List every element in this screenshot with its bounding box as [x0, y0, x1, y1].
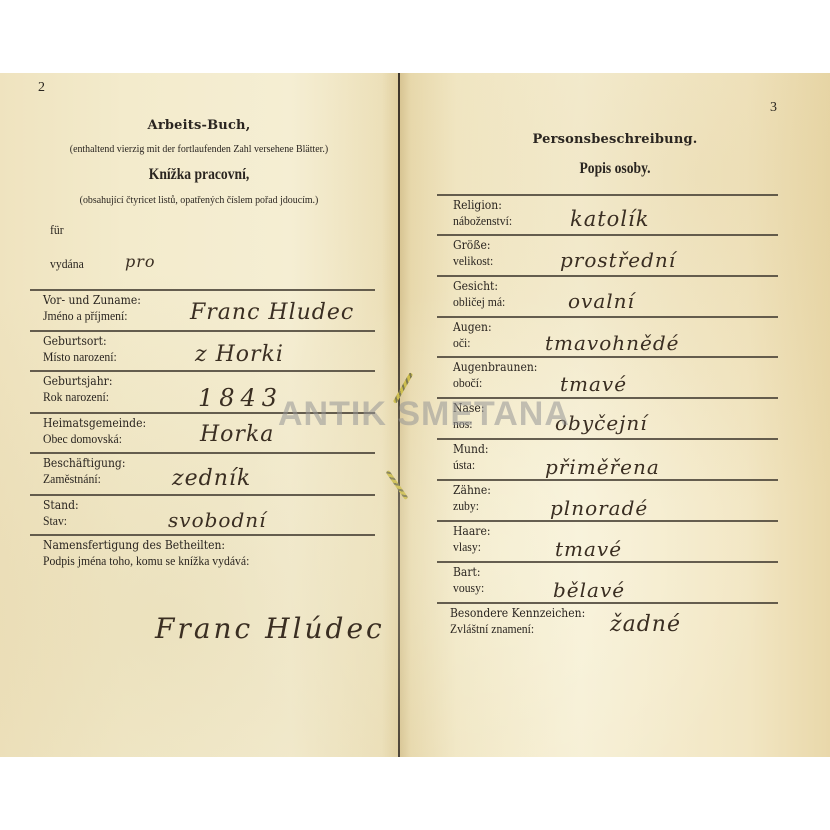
field-label: Stand:Stav: [43, 497, 79, 529]
field-label: Geburtsort:Místo narození: [43, 333, 117, 365]
rule [437, 602, 778, 604]
binding-thread-bottom [386, 470, 409, 500]
page-number-right: 3 [770, 100, 777, 116]
page-number-left: 2 [38, 80, 45, 96]
rule [437, 520, 778, 522]
rule [30, 330, 375, 332]
rule [30, 289, 375, 291]
rule [437, 194, 778, 196]
field-label: Größe:velikost: [453, 237, 493, 269]
rule [437, 561, 778, 563]
field-value-hair: tmavé [555, 537, 622, 561]
field-label: Zähne:zuby: [453, 482, 491, 514]
field-label: Geburtsjahr:Rok narození: [43, 373, 112, 405]
field-label: Heimatsgemeinde:Obec domovská: [43, 415, 146, 447]
rule [30, 494, 375, 496]
rule [437, 275, 778, 277]
field-value-occupation: zedník [172, 466, 251, 491]
field-value-height: prostřední [560, 248, 676, 272]
title-czech: Knížka pracovní, [30, 166, 368, 184]
field-value-distinguishing-marks: žadné [610, 612, 681, 637]
rule [437, 234, 778, 236]
field-value-birthplace: z Horki [195, 342, 284, 367]
signature: Franc Hlúdec [155, 612, 385, 645]
field-value-birth-year: 1843 [198, 384, 283, 412]
field-label: Augen:oči: [453, 319, 492, 351]
subtitle-german: (enthaltend vierzig mit der fortlaufende… [20, 143, 378, 155]
title-german: Personsbeschreibung. [400, 132, 830, 147]
rule [30, 534, 375, 536]
rule [437, 356, 778, 358]
field-value-eyebrows: tmavé [560, 372, 627, 396]
field-label: Besondere Kennzeichen:Zvláštní znamení: [450, 605, 585, 637]
field-label: Vor- und Zuname:Jméno a příjmení: [43, 292, 141, 324]
vydana-label: vydána [50, 256, 84, 272]
subtitle-czech: (obsahující čtyricet listů, opatřených č… [20, 194, 378, 206]
rule [30, 452, 375, 454]
field-value-face: ovalní [568, 289, 635, 313]
field-value-home-municipality: Horka [200, 422, 274, 447]
rule [437, 438, 778, 440]
field-label: Mund:ústa: [453, 441, 489, 473]
rule [437, 479, 778, 481]
field-value-religion: katolík [570, 207, 650, 231]
field-value-mouth: přiměřena [545, 455, 660, 479]
field-label: Haare:vlasy: [453, 523, 490, 555]
rule [437, 316, 778, 318]
vydana-value: pro [125, 252, 156, 271]
field-value-eyes: tmavohnědé [545, 331, 680, 355]
field-value-beard: bělavé [553, 578, 625, 602]
field-value-marital-status: svobodní [168, 508, 267, 532]
title-czech: Popis osoby. [432, 160, 798, 178]
watermark: ANTIK SMETANA [278, 395, 570, 434]
signature-label: Namensfertigung des Betheilten:Podpis jm… [43, 537, 249, 569]
field-label: Augenbraunen:obočí: [453, 359, 537, 391]
field-value-teeth: plnoradé [550, 496, 648, 520]
field-label: Gesicht:obličej má: [453, 278, 505, 310]
field-label: Bart:vousy: [453, 564, 484, 596]
field-value-name: Franc Hludec [190, 300, 354, 325]
fur-label: für [50, 222, 64, 238]
rule [30, 370, 375, 372]
field-label: Beschäftigung:Zaměstnání: [43, 455, 125, 487]
title-german: Arbeits-Buch, [0, 118, 398, 133]
field-label: Religion:náboženství: [453, 197, 512, 229]
